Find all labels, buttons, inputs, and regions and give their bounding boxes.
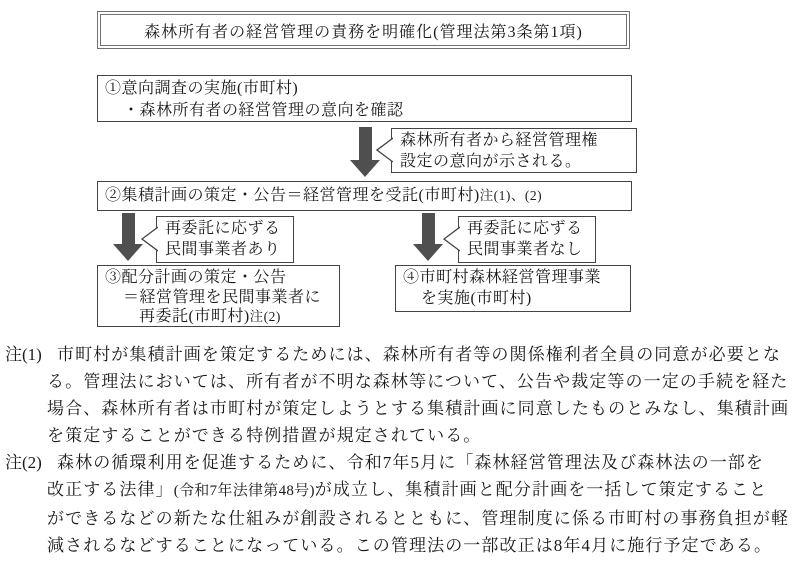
callout-contractor-no-line1: 再委託に応ずる xyxy=(467,218,591,239)
title-box-text: 森林所有者の経営管理の責務を明確化(管理法第3条第1項) xyxy=(100,14,627,46)
down-arrow-left-head xyxy=(113,244,143,261)
footnote-2-line1: 森林の循環利用を促進するために、令和7年5月に「森林経営管理法及び森林法の一部を xyxy=(47,449,793,476)
callout-owner-intent-line2: 設定の意向が示される。 xyxy=(400,151,632,172)
down-arrow-left xyxy=(113,213,143,261)
step1-box: ①意向調査の実施(市町村) ・森林所有者の経営管理の意向を確認 xyxy=(97,75,632,122)
step2-text: ②集積計画の策定・公告＝経営管理を受託(市町村) xyxy=(105,187,480,204)
footnote-2-label: 注(2) xyxy=(5,449,42,476)
footnote-1-line4: を策定することができる特例措置が規定されている。 xyxy=(47,422,793,449)
step4-line1: ④市町村森林経営管理事業 xyxy=(403,267,630,288)
step3-box: ③配分計画の策定・公告 ＝経営管理を民間事業者に 再委託(市町村)注(2) xyxy=(97,265,340,327)
step4-box: ④市町村森林経営管理事業 を実施(市町村) xyxy=(395,265,631,312)
step2-note-ref: 注(1)、(2) xyxy=(480,188,542,203)
step1-line1: ①意向調査の実施(市町村) xyxy=(105,78,631,100)
callout-contractor-yes-line2: 民間事業者あり xyxy=(165,239,289,260)
callout-owner-intent: 森林所有者から経営管理権 設定の意向が示される。 xyxy=(391,128,637,173)
callout-contractor-no-line2: 民間事業者なし xyxy=(467,239,591,260)
title-box: 森林所有者の経営管理の責務を明確化(管理法第3条第1項) xyxy=(97,11,630,49)
footnote-2: 注(2) 森林の循環利用を促進するために、令和7年5月に「森林経営管理法及び森林… xyxy=(5,449,793,559)
step3-line1: ③配分計画の策定・公告 xyxy=(105,268,339,288)
footnote-2-line2-lawnumber: (令和7年法律第48号) xyxy=(174,483,315,499)
down-arrow-left-stem xyxy=(122,213,135,244)
footnote-2-line2: 改正する法律」(令和7年法律第48号)が成立し、集積計画と配分計画を一括して策定… xyxy=(47,476,793,505)
footnote-2-line2-pre: 改正する法律」 xyxy=(47,480,174,499)
footnote-2-line4: 減されるなどすることになっている。この管理法の一部改正は8年4月に施行予定である… xyxy=(47,532,793,559)
step1-line2: ・森林所有者の経営管理の意向を確認 xyxy=(105,100,631,122)
down-arrow-right-head xyxy=(413,244,443,261)
footnote-1-label: 注(1) xyxy=(5,341,42,368)
step3-line3: 再委託(市町村)注(2) xyxy=(105,307,339,327)
footnote-1-line2: る。管理法においては、所有者が不明な森林等について、公告や裁定等の一定の手続を経… xyxy=(47,368,793,395)
step3-line2: ＝経営管理を民間事業者に xyxy=(105,288,339,308)
footnote-2-line2-post: が成立し、集積計画と配分計画を一括して策定すること xyxy=(315,480,768,499)
callout-contractor-no: 再委託に応ずる 民間事業者なし xyxy=(458,216,596,263)
down-arrow-1-stem xyxy=(359,127,372,160)
footnote-2-line3: ができるなどの新たな仕組みが創設されるとともに、管理制度に係る市町村の事務負担が… xyxy=(47,505,793,532)
footnote-1: 注(1) 市町村が集積計画を策定するためには、森林所有者等の関係権利者全員の同意… xyxy=(5,341,793,449)
document-page: 森林所有者の経営管理の責務を明確化(管理法第3条第1項) ①意向調査の実施(市町… xyxy=(0,0,796,562)
footnote-1-line1: 市町村が集積計画を策定するためには、森林所有者等の関係権利者全員の同意が必要とな xyxy=(47,341,793,368)
step4-line2: を実施(市町村) xyxy=(403,288,630,309)
callout-pointer-icon xyxy=(376,137,393,163)
down-arrow-right-stem xyxy=(422,213,435,244)
step3-note-ref: 注(2) xyxy=(250,309,281,324)
footnote-1-line3: 場合、森林所有者は市町村が策定しようとする集積計画に同意したものとみなし、集積計… xyxy=(47,395,793,422)
callout-pointer-icon xyxy=(443,226,460,252)
callout-owner-intent-line1: 森林所有者から経営管理権 xyxy=(400,130,632,151)
callout-contractor-yes-line1: 再委託に応ずる xyxy=(165,218,289,239)
step2-box: ②集積計画の策定・公告＝経営管理を受託(市町村)注(1)、(2) xyxy=(97,181,632,211)
step3-line3-text: 再委託(市町村) xyxy=(139,308,250,325)
footnotes: 注(1) 市町村が集積計画を策定するためには、森林所有者等の関係権利者全員の同意… xyxy=(5,341,793,559)
down-arrow-right xyxy=(413,213,443,261)
callout-contractor-yes: 再委託に応ずる 民間事業者あり xyxy=(156,216,294,263)
callout-pointer-icon xyxy=(141,226,158,252)
